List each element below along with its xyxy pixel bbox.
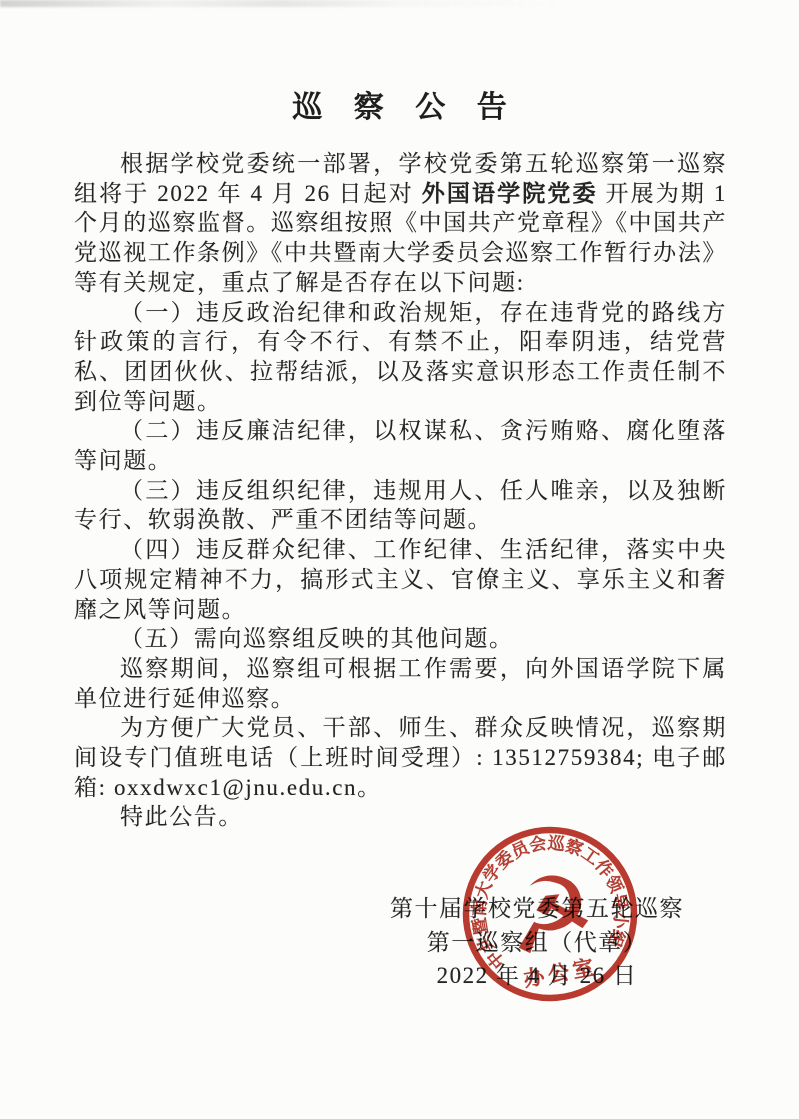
text-segment: （一）违反政治纪律和政治规矩，存在违背党的路线方针政策的言行，有令不行、有禁不止… (74, 300, 727, 414)
signature-group-line: 第一巡察组（代章） (372, 926, 702, 960)
body-paragraph: （四）违反群众纪律、工作纪律、生活纪律，落实中央八项规定精神不力，搞形式主义、官… (74, 535, 727, 624)
body-paragraph: 为方便广大党员、干部、师生、群众反映情况，巡察期间设专门值班电话（上班时间受理）… (74, 713, 727, 802)
text-segment: 外国语学院党委 (422, 181, 598, 206)
text-segment: 特此公告。 (120, 804, 243, 829)
document-body: 根据学校党委统一部署，学校党委第五轮巡察第一巡察组将于 2022 年 4 月 2… (74, 149, 727, 832)
text-segment: （四）违反群众纪律、工作纪律、生活纪律，落实中央八项规定精神不力，搞形式主义、官… (74, 537, 727, 621)
text-segment: （三）违反组织纪律，违规用人、任人唯亲，以及独断专行、软弱涣散、严重不团结等问题… (74, 478, 727, 533)
signature-block: 第十届学校党委第五轮巡察 第一巡察组（代章） 2022 年 4 月 26 日 (372, 892, 702, 993)
body-paragraph: （一）违反政治纪律和政治规矩，存在违背党的路线方针政策的言行，有令不行、有禁不止… (74, 298, 727, 417)
body-paragraph: （五）需向巡察组反映的其他问题。 (74, 624, 727, 654)
body-paragraph: 特此公告。 (74, 802, 727, 832)
page-title: 巡 察 公 告 (0, 82, 799, 126)
body-paragraph: 根据学校党委统一部署，学校党委第五轮巡察第一巡察组将于 2022 年 4 月 2… (74, 149, 727, 298)
scan-edge-artifact (0, 0, 560, 7)
text-segment: 巡察期间，巡察组可根据工作需要，向外国语学院下属单位进行延伸巡察。 (74, 656, 727, 711)
text-segment: （二）违反廉洁纪律，以权谋私、贪污贿赂、腐化堕落等问题。 (74, 418, 727, 473)
scanned-notice-page: 巡 察 公 告 根据学校党委统一部署，学校党委第五轮巡察第一巡察组将于 2022… (0, 0, 799, 1119)
text-segment: （五）需向巡察组反映的其他问题。 (120, 626, 514, 651)
body-paragraph: （三）违反组织纪律，违规用人、任人唯亲，以及独断专行、软弱涣散、严重不团结等问题… (74, 476, 727, 535)
signature-org-line: 第十届学校党委第五轮巡察 (372, 892, 702, 926)
body-paragraph: 巡察期间，巡察组可根据工作需要，向外国语学院下属单位进行延伸巡察。 (74, 654, 727, 713)
text-segment: 为方便广大党员、干部、师生、群众反映情况，巡察期间设专门值班电话（上班时间受理）… (74, 715, 727, 799)
body-paragraph: （二）违反廉洁纪律，以权谋私、贪污贿赂、腐化堕落等问题。 (74, 416, 727, 475)
signature-date-line: 2022 年 4 月 26 日 (372, 959, 702, 993)
